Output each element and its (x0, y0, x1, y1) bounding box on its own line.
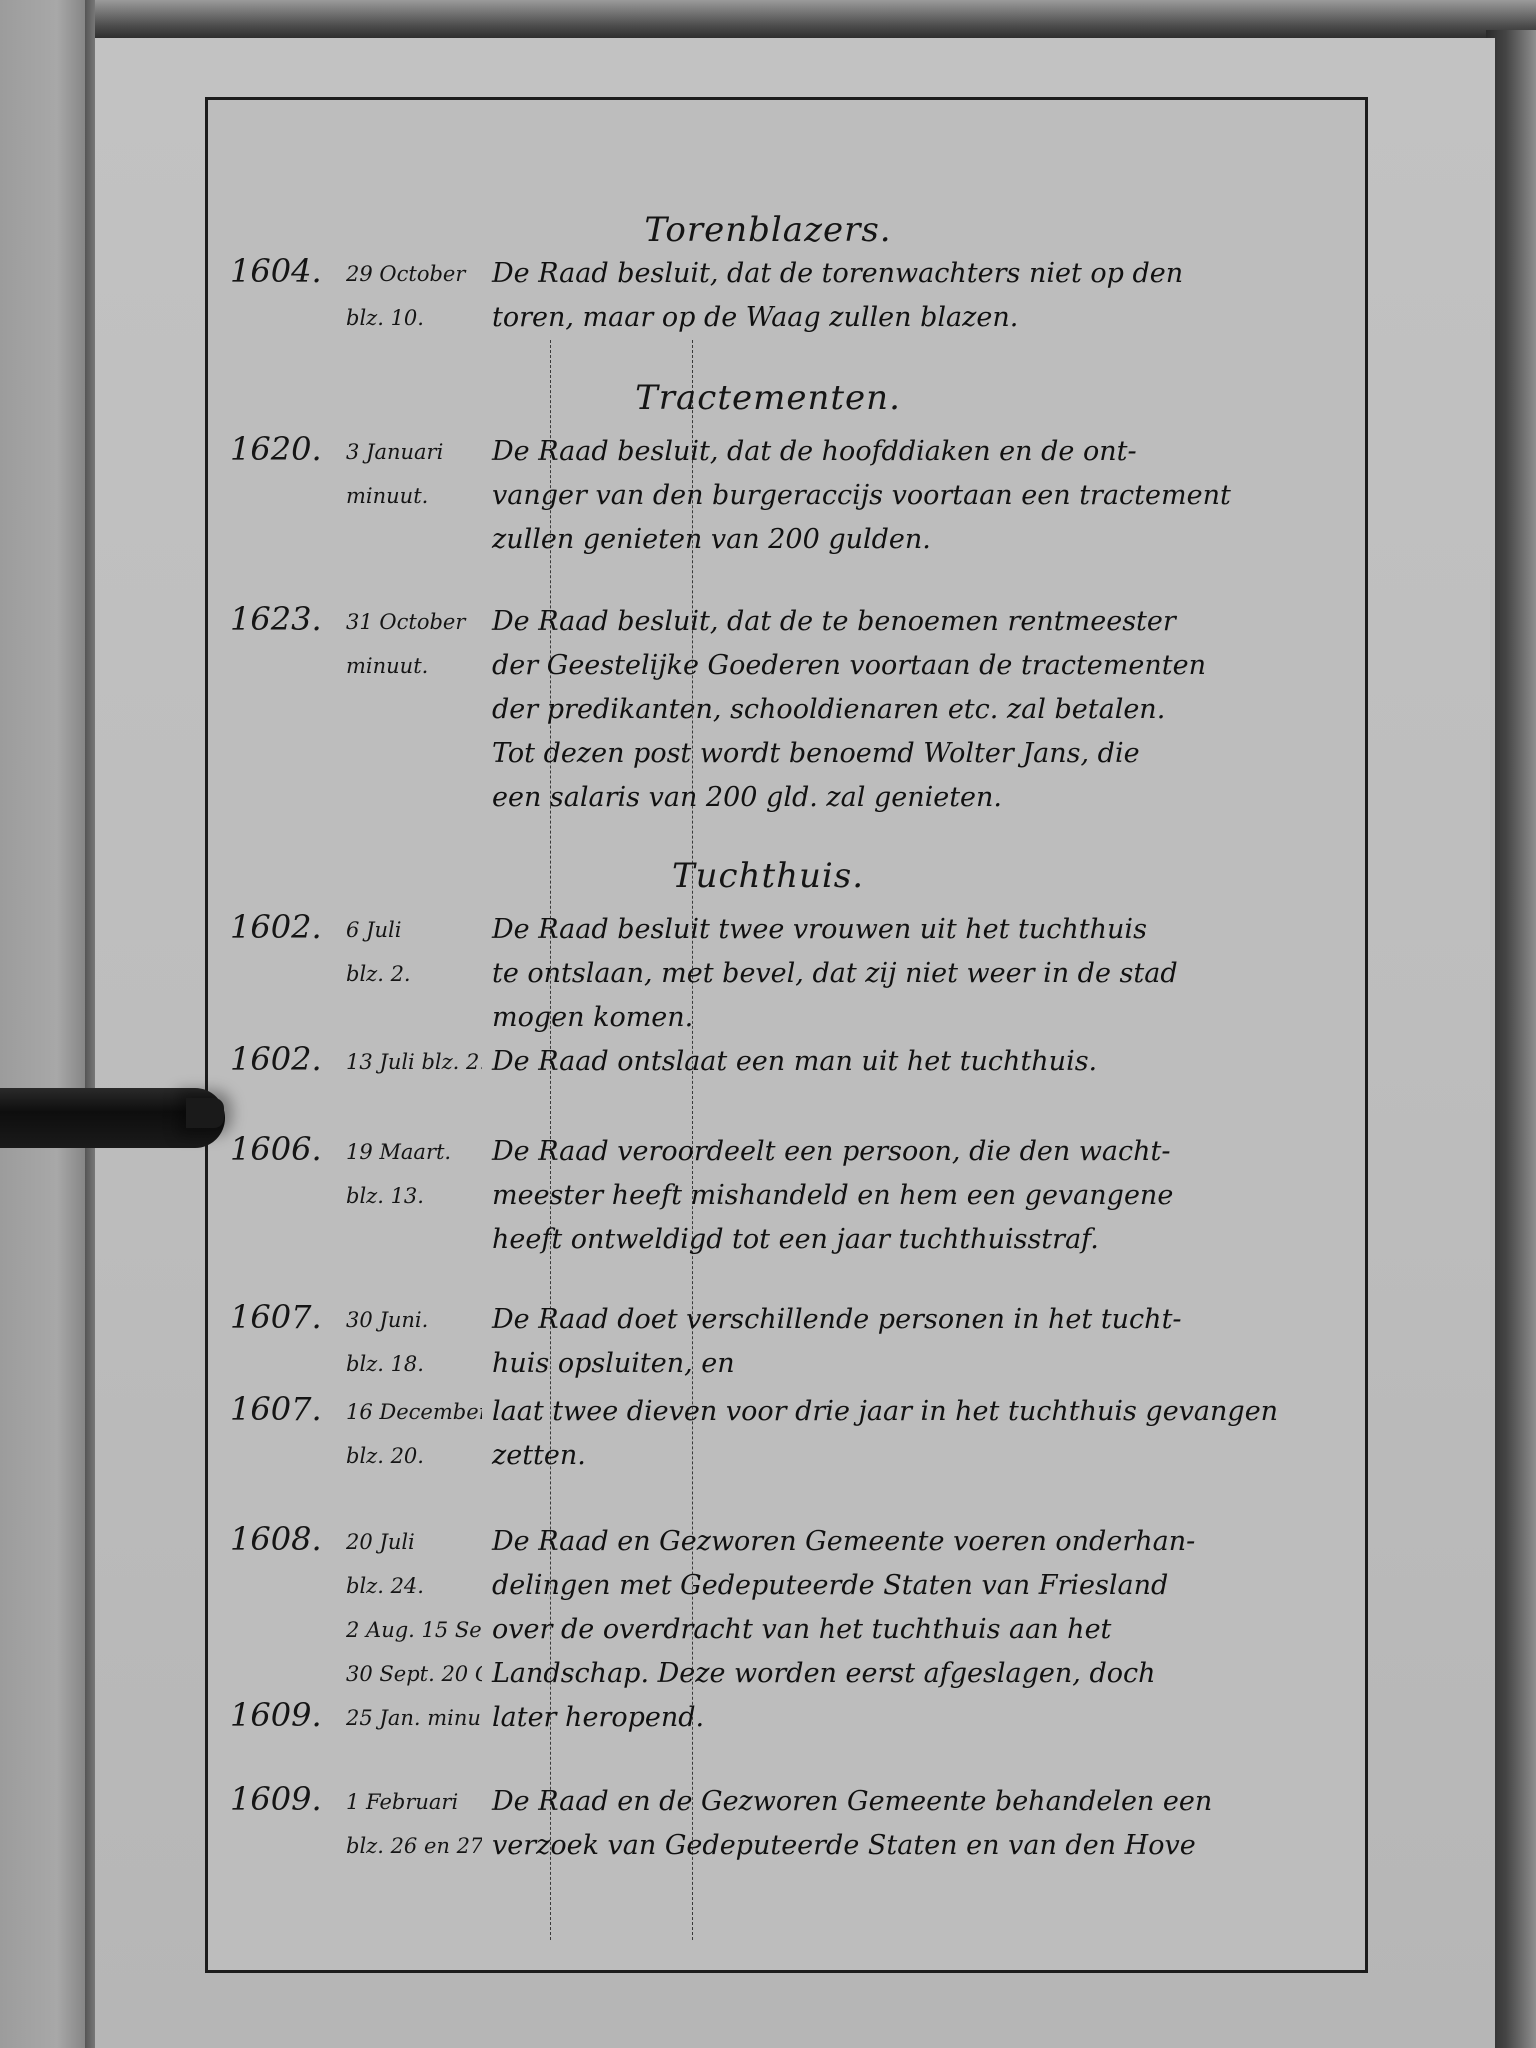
ref-line: 13 Juli blz. 2. (346, 1040, 482, 1084)
ref-line: blz. 24. (346, 1564, 482, 1608)
text-line: De Raad besluit, dat de hoofddiaken en d… (492, 430, 1362, 474)
ref-line: blz. 26 en 27. (346, 1824, 482, 1868)
entry-text: De Raad en de Gezworen Gemeente behandel… (492, 1780, 1362, 1868)
text-line: verzoek van Gedeputeerde Staten en van d… (492, 1824, 1362, 1868)
entry-text: laat twee dieven voor drie jaar in het t… (492, 1390, 1362, 1478)
book-cover-top-edge (95, 0, 1536, 38)
entry-year: 1604. (230, 252, 335, 290)
entry-year: 1623. (230, 600, 335, 638)
entry-text: De Raad ontslaat een man uit het tuchthu… (492, 1040, 1362, 1084)
entry-reference: 19 Maart. blz. 13. (346, 1130, 482, 1218)
entry-reference: 13 Juli blz. 2. (346, 1040, 482, 1084)
text-line: over de overdracht van het tuchthuis aan… (492, 1608, 1362, 1652)
section-heading-torenblazers: Torenblazers. (0, 210, 1536, 250)
ref-line: 30 Sept. 20 Oct. (346, 1652, 482, 1696)
text-line: te ontslaan, met bevel, dat zij niet wee… (492, 952, 1362, 996)
text-line: vanger van den burgeraccijs voortaan een… (492, 474, 1362, 518)
entry-reference: 16 December. blz. 20. (346, 1390, 482, 1478)
entry-year: 1602. (230, 908, 335, 946)
text-line: Landschap. Deze worden eerst afgeslagen,… (492, 1652, 1362, 1696)
entry-reference: 6 Juli blz. 2. (346, 908, 482, 996)
entry-text: later heropend. (492, 1696, 1362, 1740)
text-line: laat twee dieven voor drie jaar in het t… (492, 1390, 1362, 1434)
entry-year: 1607. (230, 1298, 335, 1336)
text-line: delingen met Gedeputeerde Staten van Fri… (492, 1564, 1362, 1608)
text-line: De Raad besluit, dat de torenwachters ni… (492, 252, 1362, 296)
text-line: later heropend. (492, 1696, 1362, 1740)
text-line: De Raad ontslaat een man uit het tuchthu… (492, 1040, 1362, 1084)
ref-line: blz. 10. (346, 296, 482, 340)
text-line: toren, maar op de Waag zullen blazen. (492, 296, 1362, 340)
text-line: De Raad doet verschillende personen in h… (492, 1298, 1362, 1342)
entry-reference: 3 Januari minuut. (346, 430, 482, 518)
entry-text: De Raad veroordeelt een persoon, die den… (492, 1130, 1362, 1262)
pen-tip-icon (186, 1098, 224, 1128)
text-line: De Raad besluit, dat de te benoemen rent… (492, 600, 1362, 644)
entry-reference: 1 Februari blz. 26 en 27. (346, 1780, 482, 1868)
entry-text: De Raad en Gezworen Gemeente voeren onde… (492, 1520, 1362, 1696)
entry-text: De Raad besluit, dat de te benoemen rent… (492, 600, 1362, 820)
entry-reference: 30 Juni. blz. 18. (346, 1298, 482, 1386)
ref-line: 2 Aug. 15 Sept. (346, 1608, 482, 1652)
text-line: huis opsluiten, en (492, 1342, 1362, 1386)
text-line: De Raad en Gezworen Gemeente voeren onde… (492, 1520, 1362, 1564)
entry-reference: 29 October blz. 10. (346, 252, 482, 340)
entry-year: 1607. (230, 1390, 335, 1428)
facing-page-edge (0, 0, 95, 2048)
entry-year: 1606. (230, 1130, 335, 1168)
text-line: De Raad veroordeelt een persoon, die den… (492, 1130, 1362, 1174)
text-line: der predikanten, schooldienaren etc. zal… (492, 688, 1362, 732)
ref-line: 25 Jan. minuut (346, 1696, 482, 1740)
ref-line: blz. 20. (346, 1434, 482, 1478)
text-line: zullen genieten van 200 gulden. (492, 518, 1362, 562)
text-line: heeft ontweldigd tot een jaar tuchthuiss… (492, 1218, 1362, 1262)
entry-text: De Raad doet verschillende personen in h… (492, 1298, 1362, 1386)
text-line: De Raad besluit twee vrouwen uit het tuc… (492, 908, 1362, 952)
text-line: mogen komen. (492, 996, 1362, 1040)
ref-line: 20 Juli (346, 1520, 482, 1564)
ref-line: 16 December. (346, 1390, 482, 1434)
entry-text: De Raad besluit, dat de torenwachters ni… (492, 252, 1362, 340)
ref-line: blz. 2. (346, 952, 482, 996)
entry-year: 1620. (230, 430, 335, 468)
entry-year: 1609. (230, 1696, 335, 1734)
section-heading-tuchthuis: Tuchthuis. (0, 856, 1536, 896)
ref-line: 31 October (346, 600, 482, 644)
ref-line: 1 Februari (346, 1780, 482, 1824)
ref-line: minuut. (346, 474, 482, 518)
entry-year: 1602. (230, 1040, 335, 1078)
entry-text: De Raad besluit twee vrouwen uit het tuc… (492, 908, 1362, 1040)
ref-line: blz. 18. (346, 1342, 482, 1386)
text-line: een salaris van 200 gld. zal genieten. (492, 776, 1362, 820)
entry-year: 1609. (230, 1780, 335, 1818)
text-line: meester heeft mishandeld en hem een geva… (492, 1174, 1362, 1218)
ref-line: 3 Januari (346, 430, 482, 474)
ref-line: 29 October (346, 252, 482, 296)
entry-year: 1608. (230, 1520, 335, 1558)
text-line: De Raad en de Gezworen Gemeente behandel… (492, 1780, 1362, 1824)
ref-line: minuut. (346, 644, 482, 688)
text-line: der Geestelijke Goederen voortaan de tra… (492, 644, 1362, 688)
ref-line: 6 Juli (346, 908, 482, 952)
entry-reference: 31 October minuut. (346, 600, 482, 688)
entry-text: De Raad besluit, dat de hoofddiaken en d… (492, 430, 1362, 562)
section-heading-tractementen: Tractementen. (0, 378, 1536, 418)
text-line: Tot dezen post wordt benoemd Wolter Jans… (492, 732, 1362, 776)
ref-line: 19 Maart. (346, 1130, 482, 1174)
ref-line: 30 Juni. (346, 1298, 482, 1342)
entry-reference: 20 Juli blz. 24. 2 Aug. 15 Sept. 30 Sept… (346, 1520, 482, 1696)
entry-reference: 25 Jan. minuut (346, 1696, 482, 1740)
ref-line: blz. 13. (346, 1174, 482, 1218)
text-line: zetten. (492, 1434, 1362, 1478)
